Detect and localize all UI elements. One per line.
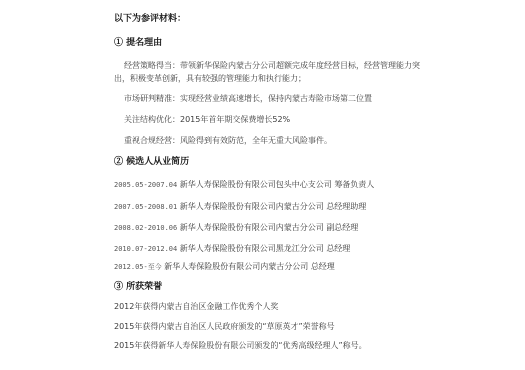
career-entry: 2007.05-2008.01 新华人寿保险股份有限公司内蒙古分公司 总经理助理 [114,202,366,212]
career-company: 新华人寿保险股份有限公司内蒙古分公司 [180,223,324,232]
nomination-paragraph-compliance: 重视合规经营：风险得到有效防范，全年无重大风险事件。 [124,136,332,146]
career-title: 总经理助理 [326,202,366,211]
honor-item: 2012年获得内蒙古自治区金融工作优秀个人奖 [114,302,278,312]
section-heading-honors: ③ 所获荣誉 [114,282,162,292]
career-entry: 2008.02-2010.06 新华人寿保险股份有限公司内蒙古分公司 副总经理 [114,223,358,233]
career-title: 副总经理 [326,223,358,232]
career-period: 2012.05-至今 [114,263,162,271]
career-company: 新华人寿保险股份有限公司内蒙古分公司 [164,262,308,271]
career-period: 2010.07-2012.04 [114,245,177,253]
career-title: 筹备负责人 [334,180,374,189]
career-period: 2007.05-2008.01 [114,203,177,211]
career-entry: 2005.05-2007.04 新华人寿保险股份有限公司包头中心支公司 筹备负责… [114,180,374,190]
intro-heading: 以下为参评材料： [114,14,186,24]
career-company: 新华人寿保险股份有限公司包头中心支公司 [180,180,332,189]
section-heading-career: ② 候选人从业简历 [114,157,189,167]
honor-item: 2015年获得新华人寿保险股份有限公司颁发的“优秀高级经理人”称号。 [114,341,367,351]
career-company: 新华人寿保险股份有限公司黑龙江分公司 [180,244,324,253]
career-entry: 2012.05-至今 新华人寿保险股份有限公司内蒙古分公司 总经理 [114,262,335,272]
career-period: 2005.05-2007.04 [114,181,177,189]
nomination-paragraph-structure: 关注结构优化：2015年首年期交保费增长52% [124,115,290,125]
career-period: 2008.02-2010.06 [114,224,177,232]
career-company: 新华人寿保险股份有限公司内蒙古分公司 [180,202,324,211]
career-entry: 2010.07-2012.04 新华人寿保险股份有限公司黑龙江分公司 总经理 [114,244,350,254]
nomination-paragraph-strategy: 经营策略得当：带领新华保险内蒙古分公司超额完成年度经营目标，经营管理能力突出，积… [114,59,432,85]
section-heading-nomination: ① 提名理由 [114,38,162,48]
career-title: 总经理 [326,244,350,253]
nomination-paragraph-market: 市场研判精准：实现经营业绩高速增长，保持内蒙古寿险市场第二位置 [124,94,372,104]
honor-item: 2015年获得内蒙古自治区人民政府颁发的“草原英才”荣誉称号 [114,322,335,332]
career-title: 总经理 [311,262,335,271]
